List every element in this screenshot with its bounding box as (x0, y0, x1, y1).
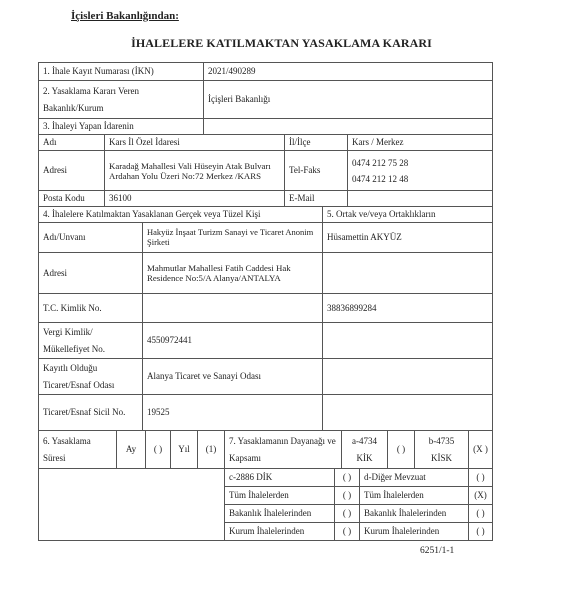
scope-left-1: Tüm İhalelerden (224, 486, 335, 505)
ban-duration-label: 6. Yasaklama Süresi (38, 430, 117, 469)
admin-postal-value: 36100 (104, 190, 285, 207)
party-registry-value: 19525 (142, 394, 323, 431)
scope-left-mark-0: ( ) (334, 468, 360, 487)
partner-tc-value: 38836899284 (322, 293, 493, 323)
party-address-value: Mahmutlar Mahallesi Fatih Caddesi Hak Re… (142, 252, 323, 294)
month-label: Ay (116, 430, 146, 469)
party-name-label: Adı/Unvanı (38, 222, 143, 253)
admin-city-label: İl/İlçe (284, 134, 348, 151)
scope-left-mark-3: ( ) (334, 522, 360, 541)
partner-chamber-value (322, 358, 493, 395)
party-registry-label: Ticaret/Esnaf Sicil No. (38, 394, 143, 431)
month-value: ( ) (145, 430, 171, 469)
scope-left-mark-2: ( ) (334, 504, 360, 523)
banned-party-label: 4. İhalelere Katılmaktan Yasaklanan Gerç… (38, 206, 323, 223)
basis-b-label: b-4735 KİSK (414, 430, 469, 469)
scope-right-0: d-Diğer Mevzuat (359, 468, 469, 487)
party-tax-label: Vergi Kimlik/ Mükellefiyet No. (38, 322, 143, 359)
party-chamber-value: Alanya Ticaret ve Sanayi Odası (142, 358, 323, 395)
document-title: İHALELERE KATILMAKTAN YASAKLAMA KARARI (0, 36, 563, 51)
admin-name-value: Kars İl Özel İdaresi (104, 134, 285, 151)
party-address-label: Adresi (38, 252, 143, 294)
partners-label: 5. Ortak ve/veya Ortaklıkların (322, 206, 493, 223)
scope-left-mark-1: ( ) (334, 486, 360, 505)
partner-name-value: Hüsamettin AKYÜZ (322, 222, 493, 253)
scope-right-mark-0: ( ) (468, 468, 493, 487)
ikn-label: 1. İhale Kayıt Numarası (İKN) (38, 62, 204, 81)
admin-address-value: Karadağ Mahallesi Vali Hüseyin Atak Bulv… (104, 150, 285, 191)
basis-b-mark: (X ) (468, 430, 493, 469)
scope-right-1: Tüm İhalelerden (359, 486, 469, 505)
party-tc-label: T.C. Kimlik No. (38, 293, 143, 323)
party-chamber-label: Kayıtlı Olduğu Ticaret/Esnaf Odası (38, 358, 143, 395)
issuer-heading: İçisleri Bakanlığından: (71, 10, 179, 22)
party-tax-value: 4550972441 (142, 322, 323, 359)
admin-postal-label: Posta Kodu (38, 190, 105, 207)
scope-right-mark-1: (X) (468, 486, 493, 505)
scope-right-mark-3: ( ) (468, 522, 493, 541)
basis-a-mark: ( ) (387, 430, 415, 469)
partner-registry-value (322, 394, 493, 431)
year-value: (1) (197, 430, 225, 469)
party-name-value: Hakyüz İnşaat Turizm Sanayi ve Ticaret A… (142, 222, 323, 253)
admin-email-label: E-Mail (284, 190, 348, 207)
admin-address-label: Adresi (38, 150, 105, 191)
administration-label: 3. İhaleyi Yapan İdarenin (38, 118, 204, 135)
admin-name-label: Adı (38, 134, 105, 151)
scope-left-0: c-2886 DİK (224, 468, 335, 487)
party-tc-value (142, 293, 323, 323)
ban-basis-label: 7. Yasaklamanın Dayanağı ve Kapsamı (224, 430, 342, 469)
administration-empty (203, 118, 493, 135)
scope-left-2: Bakanlık İhalelerinden (224, 504, 335, 523)
admin-email-value (347, 190, 493, 207)
scope-left-3: Kurum İhalelerinden (224, 522, 335, 541)
scope-right-2: Bakanlık İhalelerinden (359, 504, 469, 523)
basis-a-label: a-4734 KİK (341, 430, 388, 469)
scope-right-mark-2: ( ) (468, 504, 493, 523)
partner-tax-value (322, 322, 493, 359)
ikn-value: 2021/490289 (203, 62, 493, 81)
authority-value: İçişleri Bakanlığı (203, 80, 493, 119)
partner-address-value (322, 252, 493, 294)
admin-phone-label: Tel-Faks (284, 150, 348, 191)
admin-phone-values: 0474 212 75 28 0474 212 12 48 (347, 150, 493, 191)
year-label: Yıl (170, 430, 198, 469)
admin-city-value: Kars / Merkez (347, 134, 493, 151)
scope-right-3: Kurum İhalelerinden (359, 522, 469, 541)
reference-number: 6251/1-1 (420, 546, 454, 556)
authority-label: 2. Yasaklama Kararı Veren Bakanlık/Kurum (38, 80, 204, 119)
admin-fax: 0474 212 12 48 (352, 171, 408, 187)
blank-area (38, 468, 225, 541)
admin-phone: 0474 212 75 28 (352, 155, 408, 171)
